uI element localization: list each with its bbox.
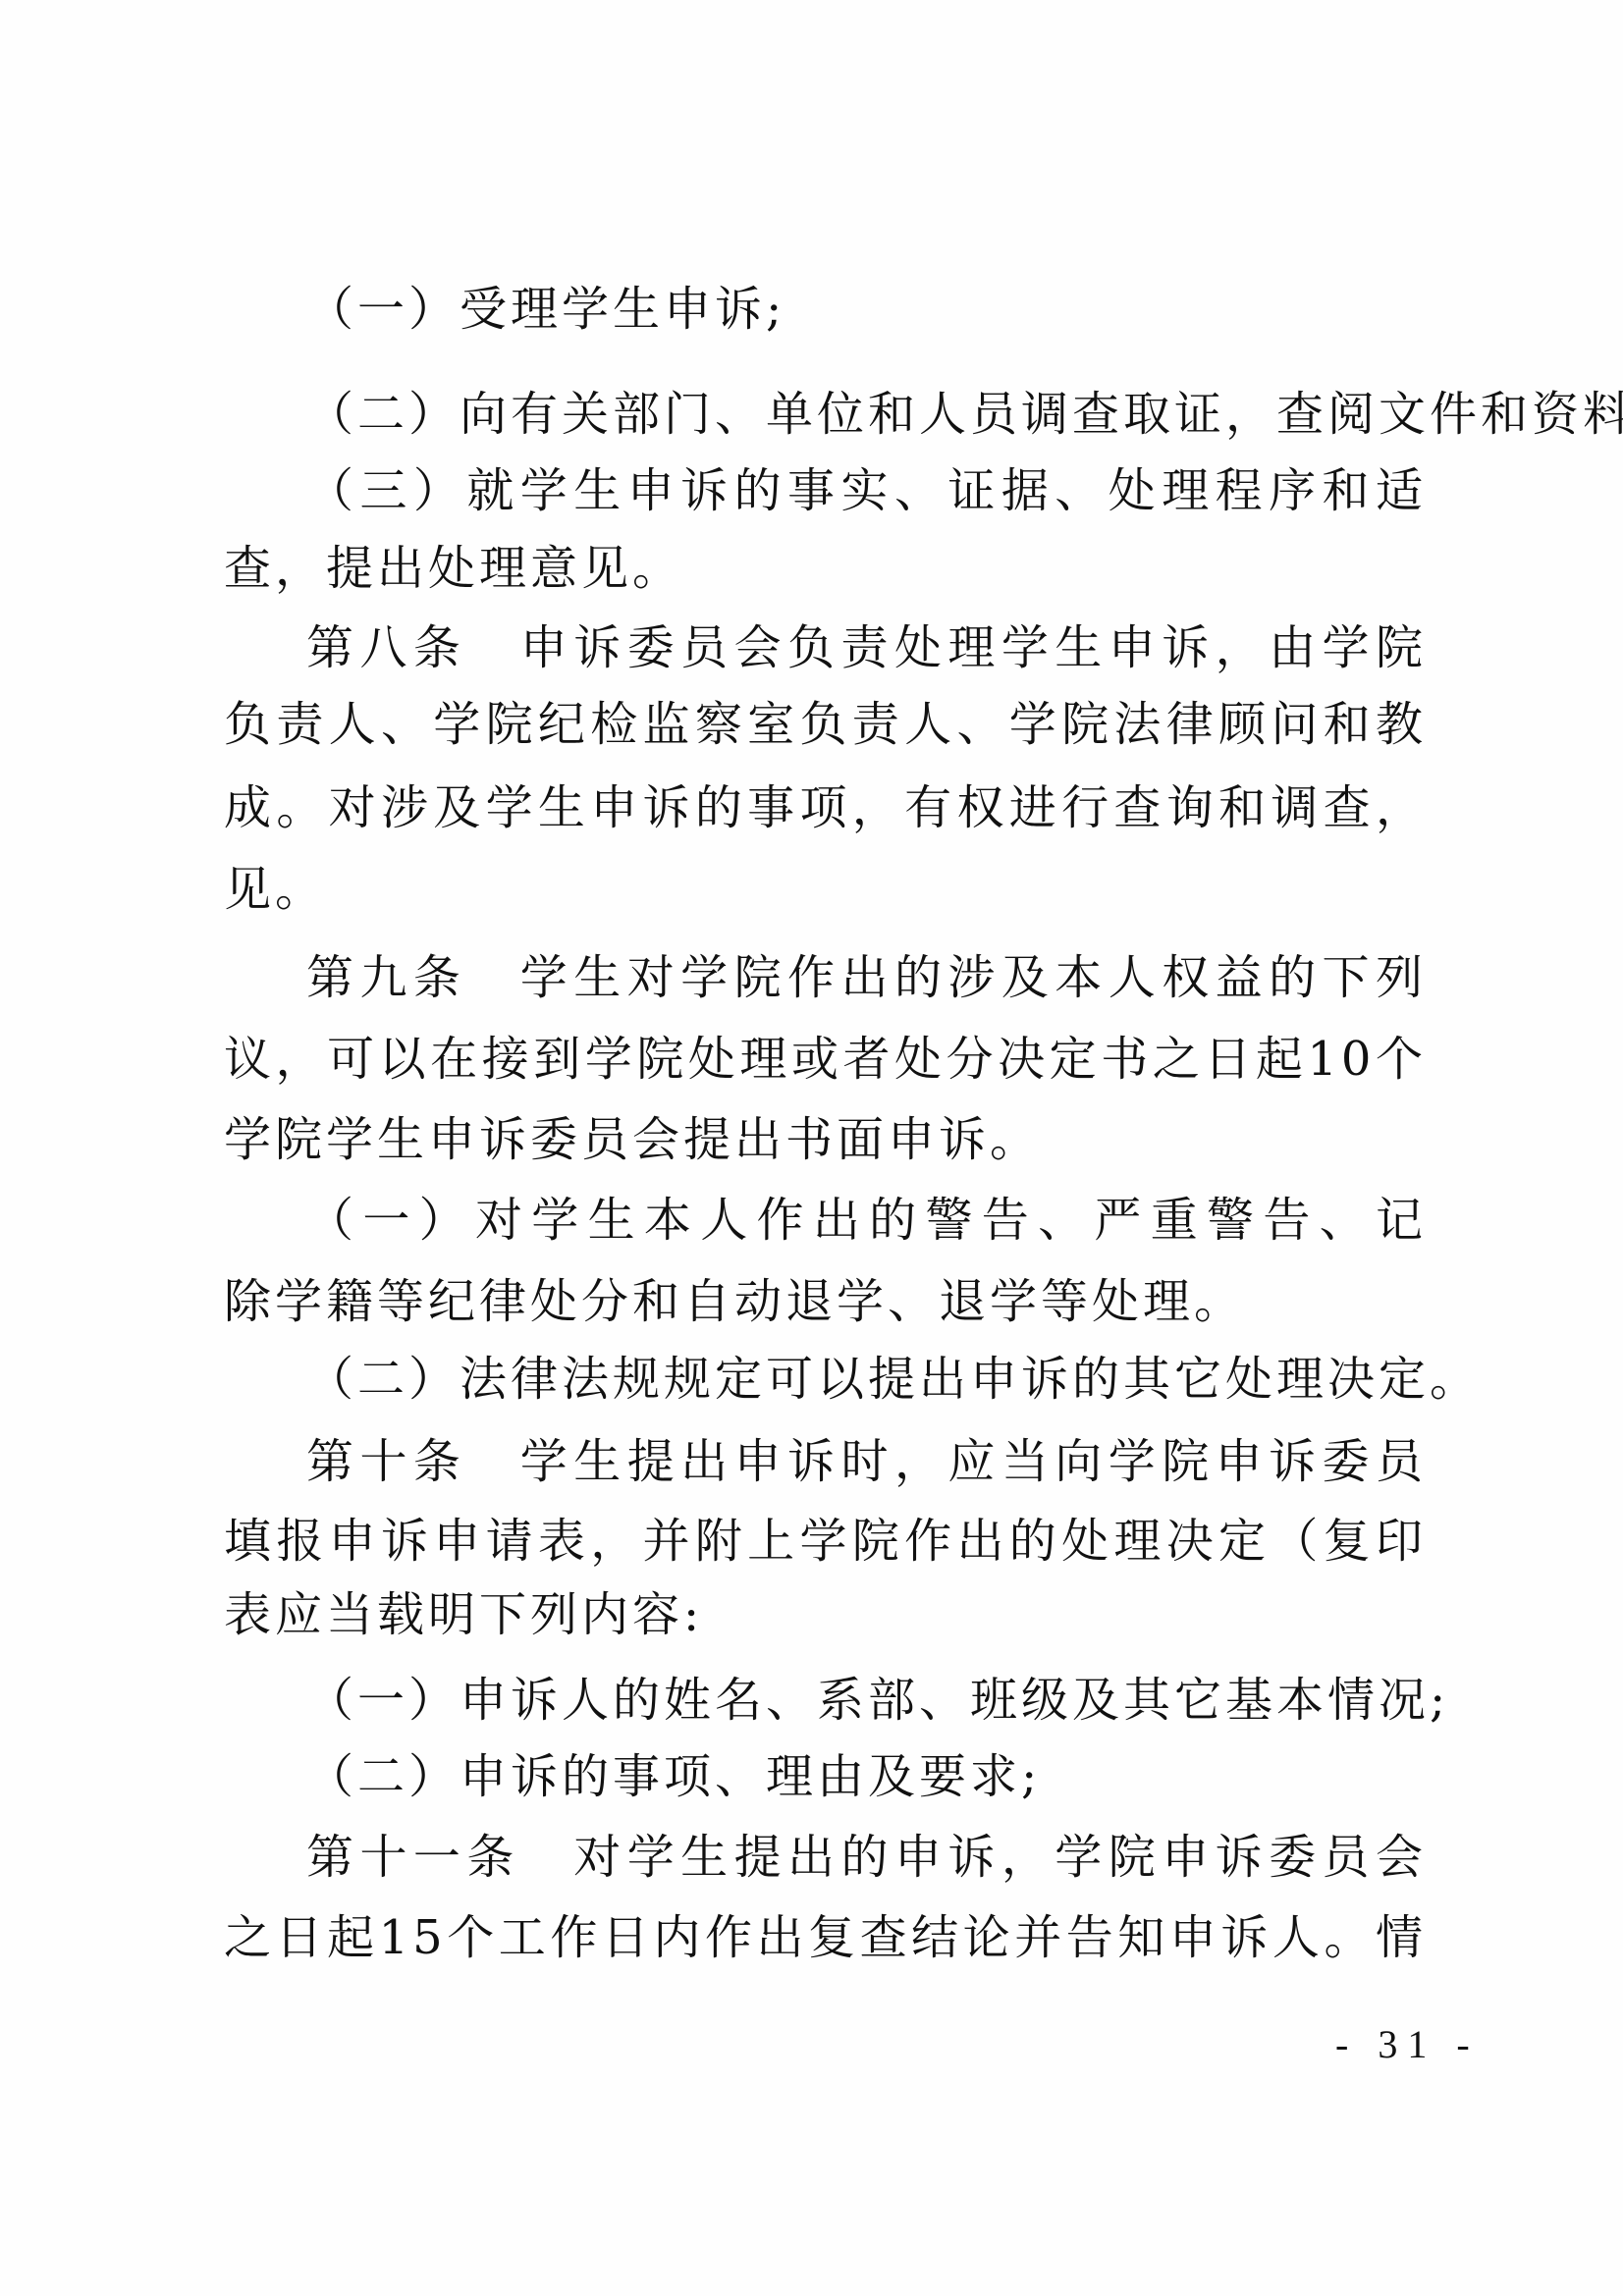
text-line: 之日起15个工作日内作出复查结论并告知申诉人。情况复杂不能在规	[224, 1908, 1427, 1967]
text-line: （二）向有关部门、单位和人员调查取证，查阅文件和资料;	[306, 385, 1427, 444]
text-line: （一）对学生本人作出的警告、严重警告、记过、留校察看、开	[306, 1191, 1427, 1250]
text-line: 负责人、学院纪检监察室负责人、学院法律顾问和教师及学生代表组	[224, 695, 1427, 754]
document-page: （一）受理学生申诉; （二）向有关部门、单位和人员调查取证，查阅文件和资料; （…	[0, 0, 1623, 2296]
text-line: 除学籍等纪律处分和自动退学、退学等处理。	[224, 1272, 1427, 1331]
text-line: 议，可以在接到学院处理或者处分决定书之日起10个工作日内，向	[224, 1030, 1427, 1089]
article-10-heading-line: 第十条 学生提出申诉时，应当向学院申诉委员递交书面申诉书，	[306, 1432, 1427, 1491]
text-line: 见。	[224, 860, 1427, 919]
page-number: - 31 -	[1335, 2020, 1480, 2069]
text-line: （一）申诉人的姓名、系部、班级及其它基本情况;	[306, 1671, 1427, 1730]
article-8-heading-line: 第八条 申诉委员会负责处理学生申诉，由学院领导、职能部门	[306, 618, 1427, 677]
text-line: 表应当载明下列内容:	[224, 1585, 1427, 1644]
text-line: （二）法律法规规定可以提出申诉的其它处理决定。	[306, 1350, 1427, 1409]
article-11-heading-line: 第十一条 对学生提出的申诉，学院申诉委员会在接到书面申诉	[306, 1828, 1427, 1887]
text-line: 查，提出处理意见。	[224, 539, 1427, 598]
text-line: 学院学生申诉委员会提出书面申诉。	[224, 1110, 1427, 1169]
text-line: 填报申诉申请表，并附上学院作出的处理决定（复印件）。申诉申请	[224, 1512, 1427, 1571]
article-9-heading-line: 第九条 学生对学院作出的涉及本人权益的下列处理决定有异	[306, 948, 1427, 1007]
text-line: （一）受理学生申诉;	[306, 280, 1427, 339]
text-line: （三）就学生申诉的事实、证据、处理程序和适用法纪等进行审	[306, 461, 1427, 520]
text-line: 成。对涉及学生申诉的事项，有权进行查询和调查，并提出具体处理意	[224, 778, 1427, 837]
text-line: （二）申诉的事项、理由及要求;	[306, 1747, 1427, 1806]
